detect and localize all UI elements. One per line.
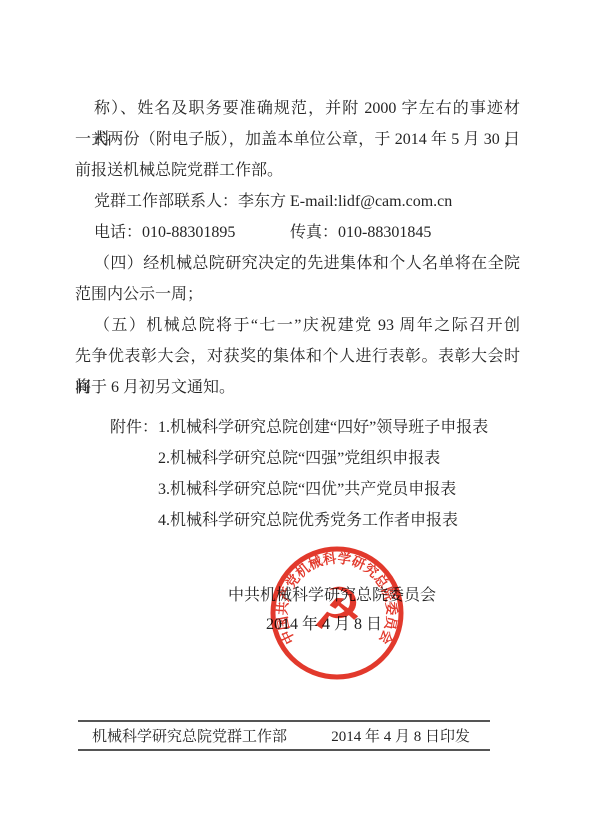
paragraph-line: 称）、姓名及职务要准确规范，并附 2000 字左右的事迹材料， bbox=[75, 93, 520, 124]
document-body: 称）、姓名及职务要准确规范，并附 2000 字左右的事迹材料， 一式两份（附电子… bbox=[75, 93, 520, 403]
contact-line: 党群工作部联系人：李东方 E-mail:lidf@cam.com.cn bbox=[75, 186, 520, 217]
hammer-sickle-icon: ☭ bbox=[311, 575, 363, 643]
paragraph-line: （五）机械总院将于“七一”庆祝建党 93 周年之际召开创 bbox=[75, 310, 520, 341]
attachment-item: 3.机械科学研究总院“四优”共产党员申报表 bbox=[110, 474, 488, 505]
attachment-item: 4.机械科学研究总院优秀党务工作者申报表 bbox=[110, 505, 488, 536]
attachments-list: 附件：1.机械科学研究总院创建“四好”领导班子申报表 2.机械科学研究总院“四强… bbox=[110, 412, 488, 536]
contact-fax: 传真：010-88301845 bbox=[290, 217, 431, 248]
paragraph-line: 范围内公示一周； bbox=[75, 279, 520, 310]
contact-person: 党群工作部联系人：李东方 bbox=[94, 193, 286, 210]
attachment-item: 附件：1.机械科学研究总院创建“四好”领导班子申报表 bbox=[110, 412, 488, 443]
contact-line: 电话：010-88301895 传真：010-88301845 bbox=[75, 217, 520, 248]
attachment-item: 2.机械科学研究总院“四强”党组织申报表 bbox=[110, 443, 488, 474]
paragraph-line: 先争优表彰大会，对获奖的集体和个人进行表彰。表彰大会时间 bbox=[75, 341, 520, 372]
footer-issuer: 机械科学研究总院党群工作部 bbox=[78, 722, 287, 749]
attachments-label: 附件： bbox=[110, 419, 158, 436]
paragraph-line: 前报送机械总院党群工作部。 bbox=[75, 155, 520, 186]
official-seal: 中国共产党机械科学研究总院委员会 ☭ bbox=[257, 533, 417, 693]
attachment-item-text: 1.机械科学研究总院创建“四好”领导班子申报表 bbox=[158, 419, 488, 436]
paragraph-line: （四）经机械总院研究决定的先进集体和个人名单将在全院 bbox=[75, 248, 520, 279]
document-page: 称）、姓名及职务要准确规范，并附 2000 字左右的事迹材料， 一式两份（附电子… bbox=[0, 0, 594, 837]
contact-phone: 电话：010-88301895 bbox=[94, 224, 235, 241]
document-footer: 机械科学研究总院党群工作部 2014 年 4 月 8 日印发 bbox=[78, 720, 490, 751]
footer-print-date: 2014 年 4 月 8 日印发 bbox=[331, 722, 490, 749]
paragraph-line: 将于 6 月初另文通知。 bbox=[75, 372, 520, 403]
contact-email: E-mail:lidf@cam.com.cn bbox=[290, 186, 452, 217]
paragraph-line: 一式两份（附电子版），加盖本单位公章，于 2014 年 5 月 30 日 bbox=[75, 124, 520, 155]
